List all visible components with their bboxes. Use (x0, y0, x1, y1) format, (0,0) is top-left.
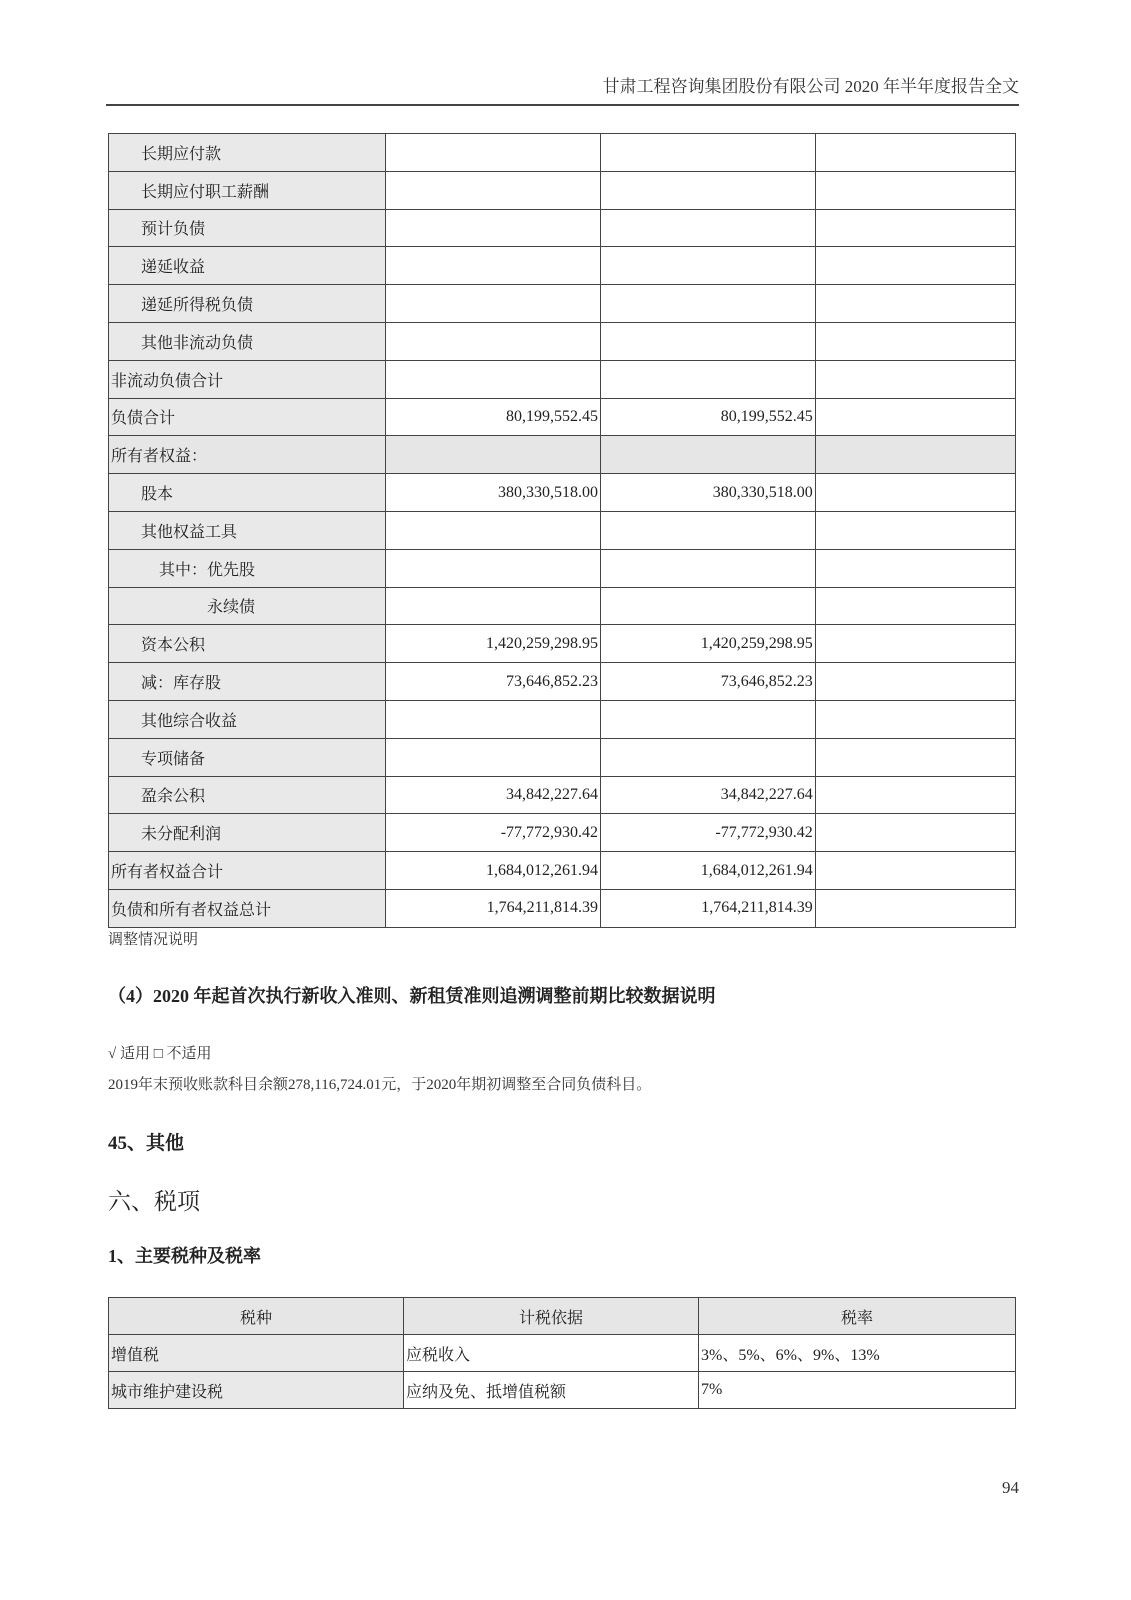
cell-value (815, 663, 1015, 701)
cell-value (815, 511, 1015, 549)
row-label: 所有者权益： (109, 436, 386, 474)
table-row: 盈余公积34,842,227.6434,842,227.64 (109, 776, 1016, 814)
report-title: 甘肃工程咨询集团股份有限公司 2020 年半年度报告全文 (603, 77, 1020, 96)
cell-value (815, 436, 1015, 474)
row-label: 其他综合收益 (109, 700, 386, 738)
cell-value: 73,646,852.23 (601, 663, 816, 701)
row-label: 负债和所有者权益总计 (109, 889, 386, 927)
table-row: 股本380,330,518.00380,330,518.00 (109, 474, 1016, 512)
table-row: 其他非流动负债 (109, 322, 1016, 360)
cell-value (601, 511, 816, 549)
row-label: 专项储备 (109, 738, 386, 776)
cell-value (815, 587, 1015, 625)
row-label: 其他权益工具 (109, 511, 386, 549)
tax-basis: 应纳及免、抵增值税额 (404, 1372, 699, 1409)
cell-value: 1,684,012,261.94 (386, 852, 601, 890)
cell-value (815, 738, 1015, 776)
tax-type: 增值税 (109, 1335, 404, 1372)
cell-value (601, 360, 816, 398)
cell-value: 1,764,211,814.39 (601, 889, 816, 927)
row-label: 负债合计 (109, 398, 386, 436)
cell-value (815, 247, 1015, 285)
cell-value (815, 398, 1015, 436)
explanation-paragraph: 2019年末预收账款科目余额278,116,724.01元，于2020年期初调整… (108, 1073, 651, 1094)
cell-value (386, 738, 601, 776)
cell-value: 380,330,518.00 (386, 474, 601, 512)
cell-value (601, 285, 816, 323)
row-label: 长期应付款 (109, 134, 386, 172)
cell-value (601, 738, 816, 776)
cell-value (815, 776, 1015, 814)
table-row: 其他综合收益 (109, 700, 1016, 738)
cell-value (386, 285, 601, 323)
cell-value (386, 549, 601, 587)
row-label: 所有者权益合计 (109, 852, 386, 890)
table-row: 所有者权益合计1,684,012,261.941,684,012,261.94 (109, 852, 1016, 890)
cell-value (815, 549, 1015, 587)
tax-basis: 应税收入 (404, 1335, 699, 1372)
cell-value (815, 700, 1015, 738)
row-label: 盈余公积 (109, 776, 386, 814)
cell-value: 73,646,852.23 (386, 663, 601, 701)
cell-value (386, 322, 601, 360)
tax-rate: 3%、5%、6%、9%、13% (699, 1335, 1016, 1372)
column-header: 税率 (699, 1298, 1016, 1335)
table-row: 增值税 应税收入 3%、5%、6%、9%、13% (109, 1335, 1016, 1372)
cell-value: 1,684,012,261.94 (601, 852, 816, 890)
row-label: 永续债 (109, 587, 386, 625)
cell-value (601, 587, 816, 625)
tax-type: 城市维护建设税 (109, 1372, 404, 1409)
cell-value: 1,420,259,298.95 (601, 625, 816, 663)
table-row: 未分配利润-77,772,930.42-77,772,930.42 (109, 814, 1016, 852)
cell-value (815, 889, 1015, 927)
cell-value (601, 549, 816, 587)
row-label: 递延收益 (109, 247, 386, 285)
cell-value (815, 322, 1015, 360)
row-label: 股本 (109, 474, 386, 512)
cell-value (386, 511, 601, 549)
row-label: 预计负债 (109, 209, 386, 247)
tax-rate-table: 税种 计税依据 税率 增值税 应税收入 3%、5%、6%、9%、13% 城市维护… (108, 1297, 1016, 1409)
table-row: 递延所得税负债 (109, 285, 1016, 323)
section-4-heading: （4）2020 年起首次执行新收入准则、新租赁准则追溯调整前期比较数据说明 (108, 982, 716, 1008)
cell-value (386, 700, 601, 738)
cell-value (815, 360, 1015, 398)
cell-value (815, 209, 1015, 247)
row-label: 资本公积 (109, 625, 386, 663)
cell-value (601, 700, 816, 738)
cell-value (386, 209, 601, 247)
cell-value (386, 360, 601, 398)
cell-value: 1,764,211,814.39 (386, 889, 601, 927)
cell-value: 80,199,552.45 (601, 398, 816, 436)
tax-rate: 7% (699, 1372, 1016, 1409)
cell-value: -77,772,930.42 (386, 814, 601, 852)
row-label: 未分配利润 (109, 814, 386, 852)
balance-sheet-table: 长期应付款 长期应付职工薪酬 预计负债 递延收益 递延所得税负债 其他非流动负债… (108, 133, 1016, 928)
table-row: 其他权益工具 (109, 511, 1016, 549)
row-label: 其中：优先股 (109, 549, 386, 587)
table-row: 负债合计80,199,552.4580,199,552.45 (109, 398, 1016, 436)
table-row: 减：库存股73,646,852.2373,646,852.23 (109, 663, 1016, 701)
table-row: 非流动负债合计 (109, 360, 1016, 398)
cell-value (386, 247, 601, 285)
page-number: 94 (1002, 1478, 1019, 1498)
row-label: 其他非流动负债 (109, 322, 386, 360)
column-header: 计税依据 (404, 1298, 699, 1335)
section-header-row: 所有者权益： (109, 436, 1016, 474)
cell-value (815, 474, 1015, 512)
row-label: 长期应付职工薪酬 (109, 171, 386, 209)
cell-value (601, 134, 816, 172)
cell-value (815, 814, 1015, 852)
cell-value (815, 852, 1015, 890)
cell-value (386, 436, 601, 474)
cell-value (601, 171, 816, 209)
cell-value (601, 322, 816, 360)
section-1-heading: 1、主要税种及税率 (108, 1242, 261, 1268)
cell-value (815, 285, 1015, 323)
table-row: 长期应付职工薪酬 (109, 171, 1016, 209)
cell-value (386, 587, 601, 625)
cell-value: 34,842,227.64 (386, 776, 601, 814)
cell-value: 1,420,259,298.95 (386, 625, 601, 663)
cell-value: 34,842,227.64 (601, 776, 816, 814)
cell-value: 80,199,552.45 (386, 398, 601, 436)
row-label: 递延所得税负债 (109, 285, 386, 323)
cell-value (815, 625, 1015, 663)
section-45-heading: 45、其他 (108, 1128, 184, 1155)
cell-value (601, 436, 816, 474)
table-row: 递延收益 (109, 247, 1016, 285)
cell-value (601, 247, 816, 285)
row-label: 非流动负债合计 (109, 360, 386, 398)
table-row: 专项储备 (109, 738, 1016, 776)
column-header: 税种 (109, 1298, 404, 1335)
table-header-row: 税种 计税依据 税率 (109, 1298, 1016, 1335)
table-row: 负债和所有者权益总计1,764,211,814.391,764,211,814.… (109, 889, 1016, 927)
row-label: 减：库存股 (109, 663, 386, 701)
table-row: 资本公积1,420,259,298.951,420,259,298.95 (109, 625, 1016, 663)
table-row: 永续债 (109, 587, 1016, 625)
applicability-checkbox-text: √ 适用 □ 不适用 (108, 1042, 212, 1063)
cell-value (601, 209, 816, 247)
cell-value (386, 171, 601, 209)
cell-value (815, 134, 1015, 172)
cell-value: -77,772,930.42 (601, 814, 816, 852)
page-header: 甘肃工程咨询集团股份有限公司 2020 年半年度报告全文 (106, 74, 1019, 106)
table-row: 其中：优先股 (109, 549, 1016, 587)
table-row: 预计负债 (109, 209, 1016, 247)
chapter-6-heading: 六、税项 (108, 1183, 200, 1216)
cell-value (386, 134, 601, 172)
table-row: 长期应付款 (109, 134, 1016, 172)
table-row: 城市维护建设税 应纳及免、抵增值税额 7% (109, 1372, 1016, 1409)
adjustment-note: 调整情况说明 (108, 928, 198, 949)
cell-value: 380,330,518.00 (601, 474, 816, 512)
cell-value (815, 171, 1015, 209)
